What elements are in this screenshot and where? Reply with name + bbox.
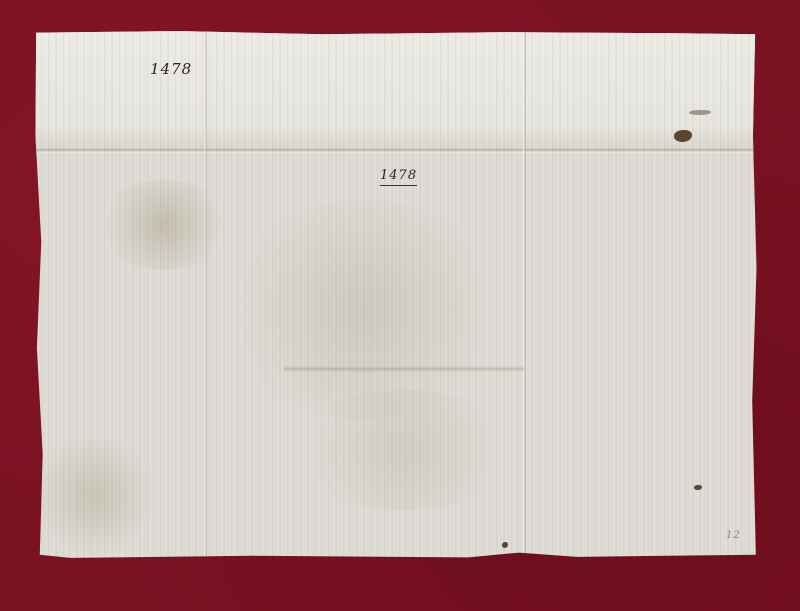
- document-paper: 1478 1478 12: [34, 30, 758, 560]
- handwritten-number-center: 1478: [380, 168, 417, 186]
- handwritten-number-top: 1478: [150, 60, 192, 78]
- stain: [34, 430, 154, 560]
- pencil-mark-corner: 12: [726, 530, 741, 541]
- horizontal-crease: [284, 366, 524, 372]
- stain: [284, 390, 524, 510]
- left-vertical-fold-line: [204, 30, 207, 560]
- horizontal-fold-line: [34, 149, 758, 153]
- right-vertical-fold-line: [523, 30, 526, 560]
- stain: [214, 200, 514, 420]
- stain: [94, 180, 234, 270]
